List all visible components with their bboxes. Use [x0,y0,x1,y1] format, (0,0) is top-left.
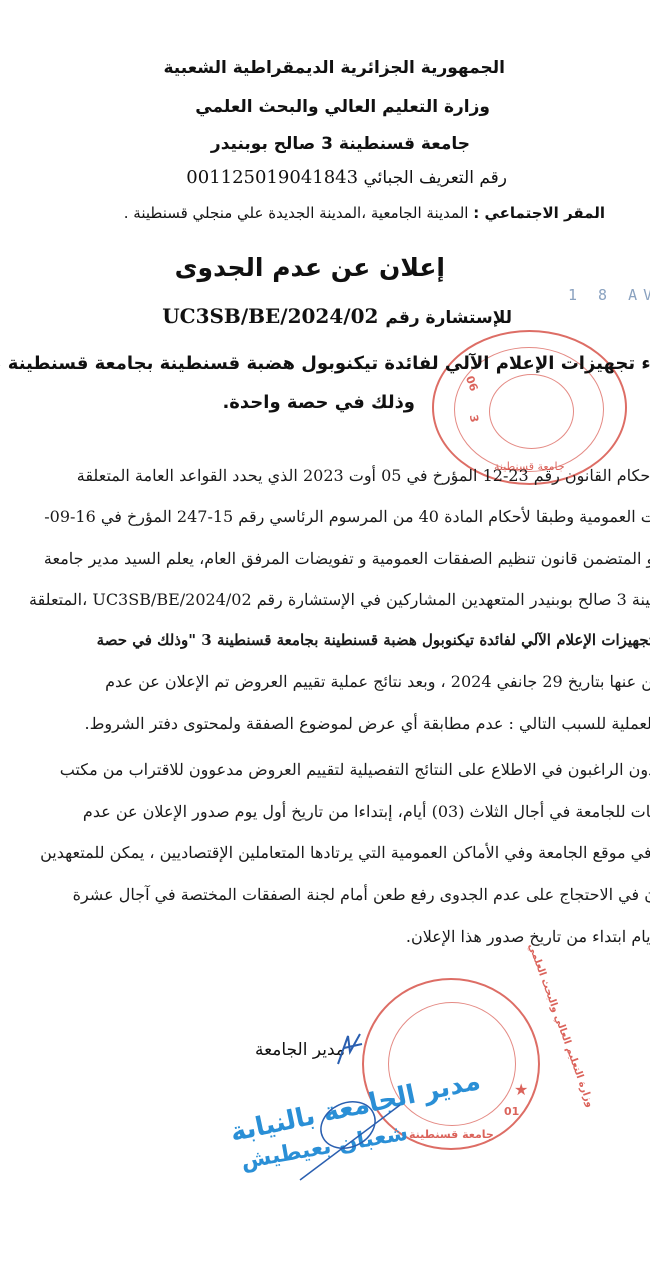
date-stamp: 1 8 AVR 2 [568,286,650,304]
tax-id-label: رقم التعريف الجبائي [364,168,508,188]
seat-line: المقر الاجتماعي : المدينة الجامعية ،المد… [124,204,605,222]
body-line-10: الجدوى في موقع الجامعة وفي الأماكن العمو… [40,843,650,862]
consultation-ref: للإستشارة رقم 02/UC3SB/BE/2024 [162,304,512,328]
tax-id-value: 001125019041843 [186,167,358,188]
seat-label: المقر الاجتماعي : [473,204,605,222]
body-line-12: أيام ابتداء من تاريخ صدور هذا الإعلان. [406,927,650,946]
consultation-label: للإستشارة رقم [385,308,512,328]
header-university: جامعة قسنطينة 3 صالح بوبنيدر [211,134,470,154]
body-line-4: قسنطينة 3 صالح بوبنيدر المتعهدين المشارك… [29,590,650,609]
body-line-8: المتعهدون الراغبون في الاطلاع على النتائ… [60,760,650,779]
body-line-5: باقتناء تجهيزات الإعلام الآلي لفائدة تيك… [97,631,650,649]
object-line-2: وذلك في حصة واحدة. [222,392,415,413]
star-icon: ★ [514,1080,528,1099]
body-line-1: طبقا لأحكام القانون رقم 23-12 المؤرخ في … [77,466,650,485]
signature-scribble-icon [330,1030,370,1070]
body-line-3: 2015 و المتضمن قانون تنظيم الصفقات العمو… [44,549,650,568]
page-title: إعلان عن عدم الجدوى [175,253,445,282]
object-line-1: اقتناء تجهيزات الإعلام الآلي لفائدة تيكن… [0,353,650,374]
header-republic: الجمهورية الجزائرية الديمقراطية الشعبية [164,58,506,78]
body-line-11: الراغبون في الاحتجاج على عدم الجدوى رفع … [73,885,650,904]
body-line-6: المعلن عنها بتاريخ 29 جانفي 2024 ، وبعد … [105,672,650,691]
stamp-ring-text-bottom: وزارة التعليم العالي والبحث العلمي [526,942,596,1109]
body-line-2: بالصفقات العمومية وطبقا لأحكام المادة 40… [44,507,650,526]
body-line-7: جدوى العملية للسبب التالي : عدم مطابقة أ… [85,714,650,733]
stamp-number-bottom: 01 [504,1105,519,1118]
tax-id-line: رقم التعريف الجبائي 001125019041843 [186,167,507,188]
consultation-number: 02/UC3SB/BE/2024 [162,304,378,328]
seat-value: المدينة الجامعية ،المدينة الجديدة علي من… [124,204,469,222]
signature-stroke-icon [290,1095,410,1185]
stamp-bottom-text: جامعة قسنطينة [409,1128,494,1141]
header-ministry: وزارة التعليم العالي والبحث العلمي [195,97,490,117]
body-line-9: الصفقات للجامعة في أجال الثلاث (03) أيام… [83,802,650,821]
